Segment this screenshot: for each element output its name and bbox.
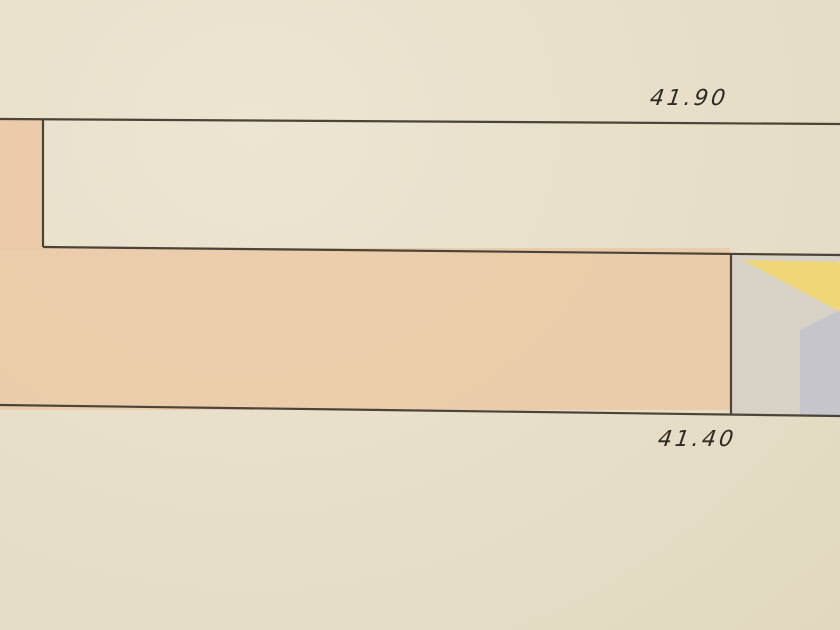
- orange-wash-left-strip: [0, 120, 43, 250]
- elevation-label-top: 41.90: [648, 86, 729, 111]
- top-line: [0, 119, 840, 124]
- drawing-sheet: 41.90 41.40: [0, 0, 840, 630]
- orange-wash-lower-band: [0, 248, 730, 410]
- elevation-label-bottom: 41.40: [656, 427, 737, 452]
